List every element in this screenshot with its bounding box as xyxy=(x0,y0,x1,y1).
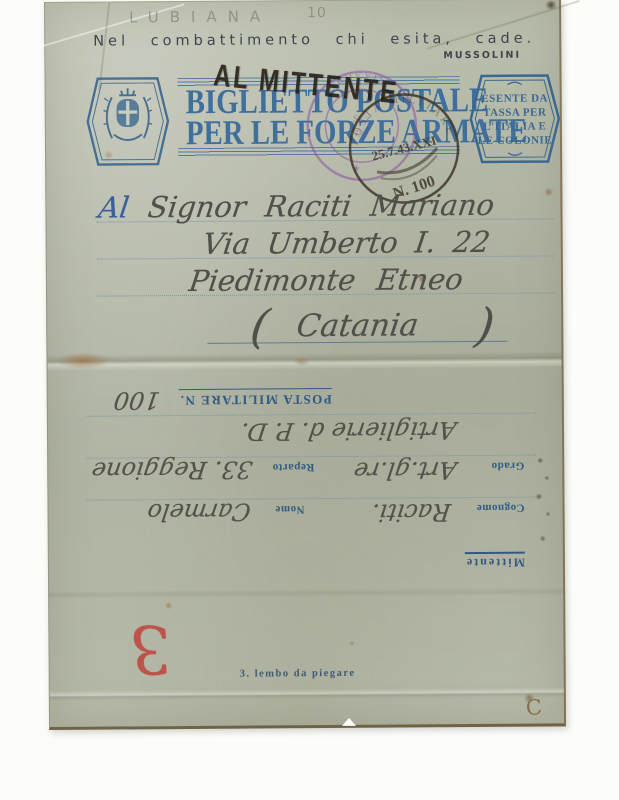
pencil-note-lubiana: LUBIANA xyxy=(129,7,271,26)
savoy-coat-of-arms-emblem xyxy=(86,74,171,169)
scanned-document-viewport: LUBIANA 10 Nel combattimento chi esita, … xyxy=(0,0,619,800)
close-paren: ) xyxy=(473,298,498,352)
grado-value: Art.gl.re xyxy=(352,456,458,485)
pencil-note-number: 10 xyxy=(307,5,327,21)
open-paren: ( xyxy=(247,299,272,353)
reparto-value: 33. Reggione xyxy=(90,456,254,485)
stain-speck xyxy=(349,641,354,646)
nome-label: Nome xyxy=(275,503,305,515)
postal-sheet-paper: LUBIANA 10 Nel combattimento chi esita, … xyxy=(44,0,566,730)
red-crayon-mark: 3 xyxy=(127,609,174,688)
sender-row-field-post: POSTA MILITARE N. 100 xyxy=(86,380,536,415)
reparto-value-line2: Artiglierie d. P. D. xyxy=(239,416,458,446)
badge-line4: LE COLONIE xyxy=(478,134,552,147)
coat-of-arms-icon xyxy=(86,74,171,169)
field-post-label: POSTA MILITARE N. xyxy=(179,388,332,408)
address-line-4: ( Catania ) xyxy=(247,298,497,354)
address-recipient: Signor Raciti Mariano xyxy=(146,188,496,224)
fold-crease-faint xyxy=(49,587,563,599)
address-line-3: Piedimonte Etneo xyxy=(187,262,465,298)
stain-spot xyxy=(545,0,557,9)
stain-spot xyxy=(544,187,553,196)
cognome-value: Raciti. xyxy=(370,498,453,527)
address-line-1: Al Signor Raciti Mariano xyxy=(97,188,497,225)
sender-row-surname: Cognome Raciti. Nome Carmelo xyxy=(86,497,536,543)
fold-flap-caption: 3. lembo da piegare xyxy=(240,668,356,680)
bottom-edge-notch xyxy=(342,718,356,726)
address-salutation: Al xyxy=(97,190,132,224)
sender-panel-rotated: Mittente Cognome Raciti. Nome Carmelo Gr… xyxy=(72,377,551,582)
mittente-label: Mittente xyxy=(465,552,525,570)
exempt-badge-icon: ESENTE DA TASSA PER L'ITALIA E LE COLONI… xyxy=(467,71,562,166)
motto-text: Nel combattimento chi esita, cade. xyxy=(93,31,505,50)
fold-crease-bottom xyxy=(50,687,564,701)
stain-spot xyxy=(165,602,172,609)
badge-line3: L'ITALIA E xyxy=(483,120,546,132)
postage-exempt-badge: ESENTE DA TASSA PER L'ITALIA E LE COLONI… xyxy=(467,71,562,166)
nome-value: Carmelo xyxy=(145,498,252,527)
motto-attribution: MUSSOLINI xyxy=(443,50,521,62)
grado-label: Grado xyxy=(491,460,524,472)
stain-crease-center xyxy=(293,357,309,366)
reparto-label: Reparto xyxy=(272,461,314,473)
badge-line2: TASSA PER xyxy=(483,106,547,118)
sender-row-rank: Grado Art.gl.re Reparto 33. Reggione xyxy=(86,455,536,499)
badge-line1: ESENTE DA xyxy=(481,92,548,104)
address-line-2: Via Umberto I. 22 xyxy=(201,225,492,261)
sender-row-unit-continued: Artiglierie d. P. D. xyxy=(86,413,536,457)
cognome-label: Cognome xyxy=(476,502,524,514)
pencil-mark-c: C xyxy=(525,695,544,721)
field-post-value: 100 xyxy=(112,386,162,414)
address-province: Catania xyxy=(294,307,420,344)
